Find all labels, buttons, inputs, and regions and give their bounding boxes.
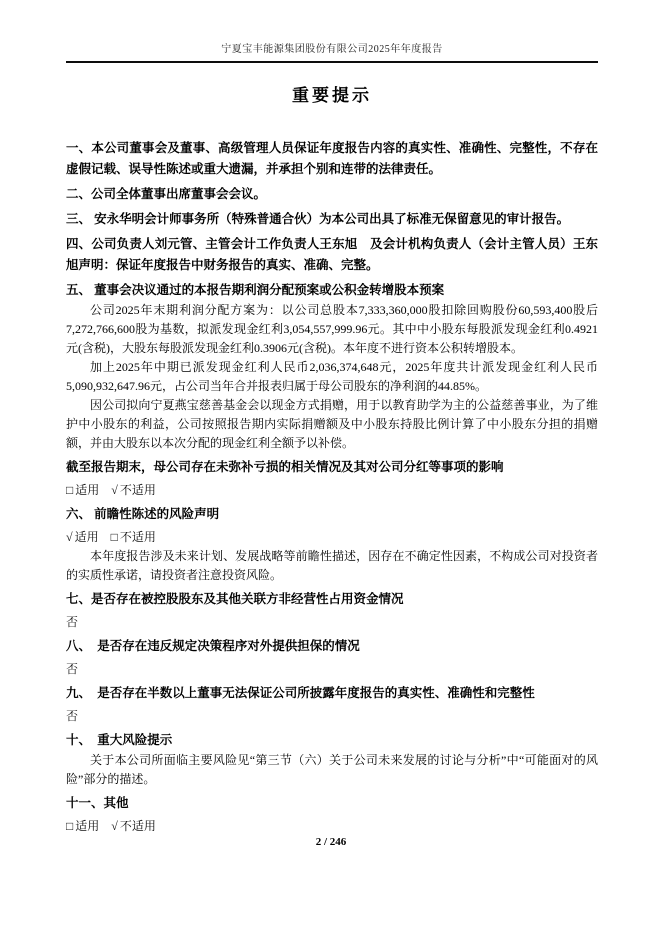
checkbox-unchecked-icon: □ <box>111 530 118 544</box>
section-11-heading: 十一、其他 <box>66 793 598 814</box>
not-applicable-label: 不适用 <box>120 819 156 833</box>
page-header-title: 宁夏宝丰能源集团股份有限公司2025年年度报告 <box>66 40 598 55</box>
section-2-statement: 二、公司全体董事出席董事会会议。 <box>66 184 598 205</box>
page-number: 2 / 246 <box>0 836 662 848</box>
not-applicable-label: 不适用 <box>120 530 156 544</box>
section-8-answer-no: 否 <box>66 659 598 679</box>
checkbox-unchecked-icon: □ <box>66 819 73 833</box>
section-7-answer-no: 否 <box>66 612 598 632</box>
section-7-heading: 七、是否存在被控股股东及其他关联方非经营性占用资金情况 <box>66 589 598 610</box>
applicable-label: 适用 <box>75 483 99 497</box>
section-5-applicability-line: □适用√不适用 <box>66 480 598 500</box>
section-5-subheading: 截至报告期末，母公司存在未弥补亏损的相关情况及其对公司分红等事项的影响 <box>66 457 598 478</box>
section-5-paragraph-3: 因公司拟向宁夏燕宝慈善基金会以现金方式捐赠，用于以教育助学为主的公益慈善事业，为… <box>66 396 598 453</box>
check-mark-icon: √ <box>66 530 73 544</box>
section-6-heading: 六、 前瞻性陈述的风险声明 <box>66 504 598 525</box>
header-rule <box>66 61 598 63</box>
section-9-heading: 九、 是否存在半数以上董事无法保证公司所披露年度报告的真实性、准确性和完整性 <box>66 683 598 704</box>
section-1-statement: 一、本公司董事会及董事、高级管理人员保证年度报告内容的真实性、准确性、完整性，不… <box>66 138 598 180</box>
applicable-label: 适用 <box>75 819 99 833</box>
section-5-heading: 五、 董事会决议通过的本报告期利润分配预案或公积金转增股本预案 <box>66 280 598 301</box>
section-5-paragraph-2: 加上2025年中期已派发现金红利人民币2,036,374,648元，2025年度… <box>66 358 598 396</box>
applicable-label: 适用 <box>75 530 99 544</box>
section-5-paragraph-1: 公司2025年末期利润分配方案为：以公司总股本7,333,360,000股扣除回… <box>66 301 598 358</box>
section-10-heading: 十、 重大风险提示 <box>66 730 598 751</box>
section-6-paragraph: 本年度报告涉及未来计划、发展战略等前瞻性描述，因存在不确定性因素，不构成公司对投… <box>66 547 598 585</box>
check-mark-icon: √ <box>111 819 118 833</box>
section-8-heading: 八、 是否存在违反规定决策程序对外提供担保的情况 <box>66 636 598 657</box>
section-6-applicability-line: √适用□不适用 <box>66 527 598 547</box>
section-4-statement: 四、公司负责人刘元管、主管会计工作负责人王东旭 及会计机构负责人（会计主管人员）… <box>66 234 598 276</box>
section-10-paragraph: 关于本公司所面临主要风险见“第三节（六）关于公司未来发展的讨论与分析”中“可能面… <box>66 751 598 789</box>
page-title: 重要提示 <box>66 81 598 106</box>
checkbox-unchecked-icon: □ <box>66 483 73 497</box>
section-9-answer-no: 否 <box>66 706 598 726</box>
section-11-applicability-line: □适用√不适用 <box>66 816 598 836</box>
section-3-statement: 三、 安永华明会计师事务所（特殊普通合伙）为本公司出具了标准无保留意见的审计报告… <box>66 209 598 230</box>
not-applicable-label: 不适用 <box>120 483 156 497</box>
check-mark-icon: √ <box>111 483 118 497</box>
report-page: 宁夏宝丰能源集团股份有限公司2025年年度报告 重要提示 一、本公司董事会及董事… <box>0 0 662 936</box>
